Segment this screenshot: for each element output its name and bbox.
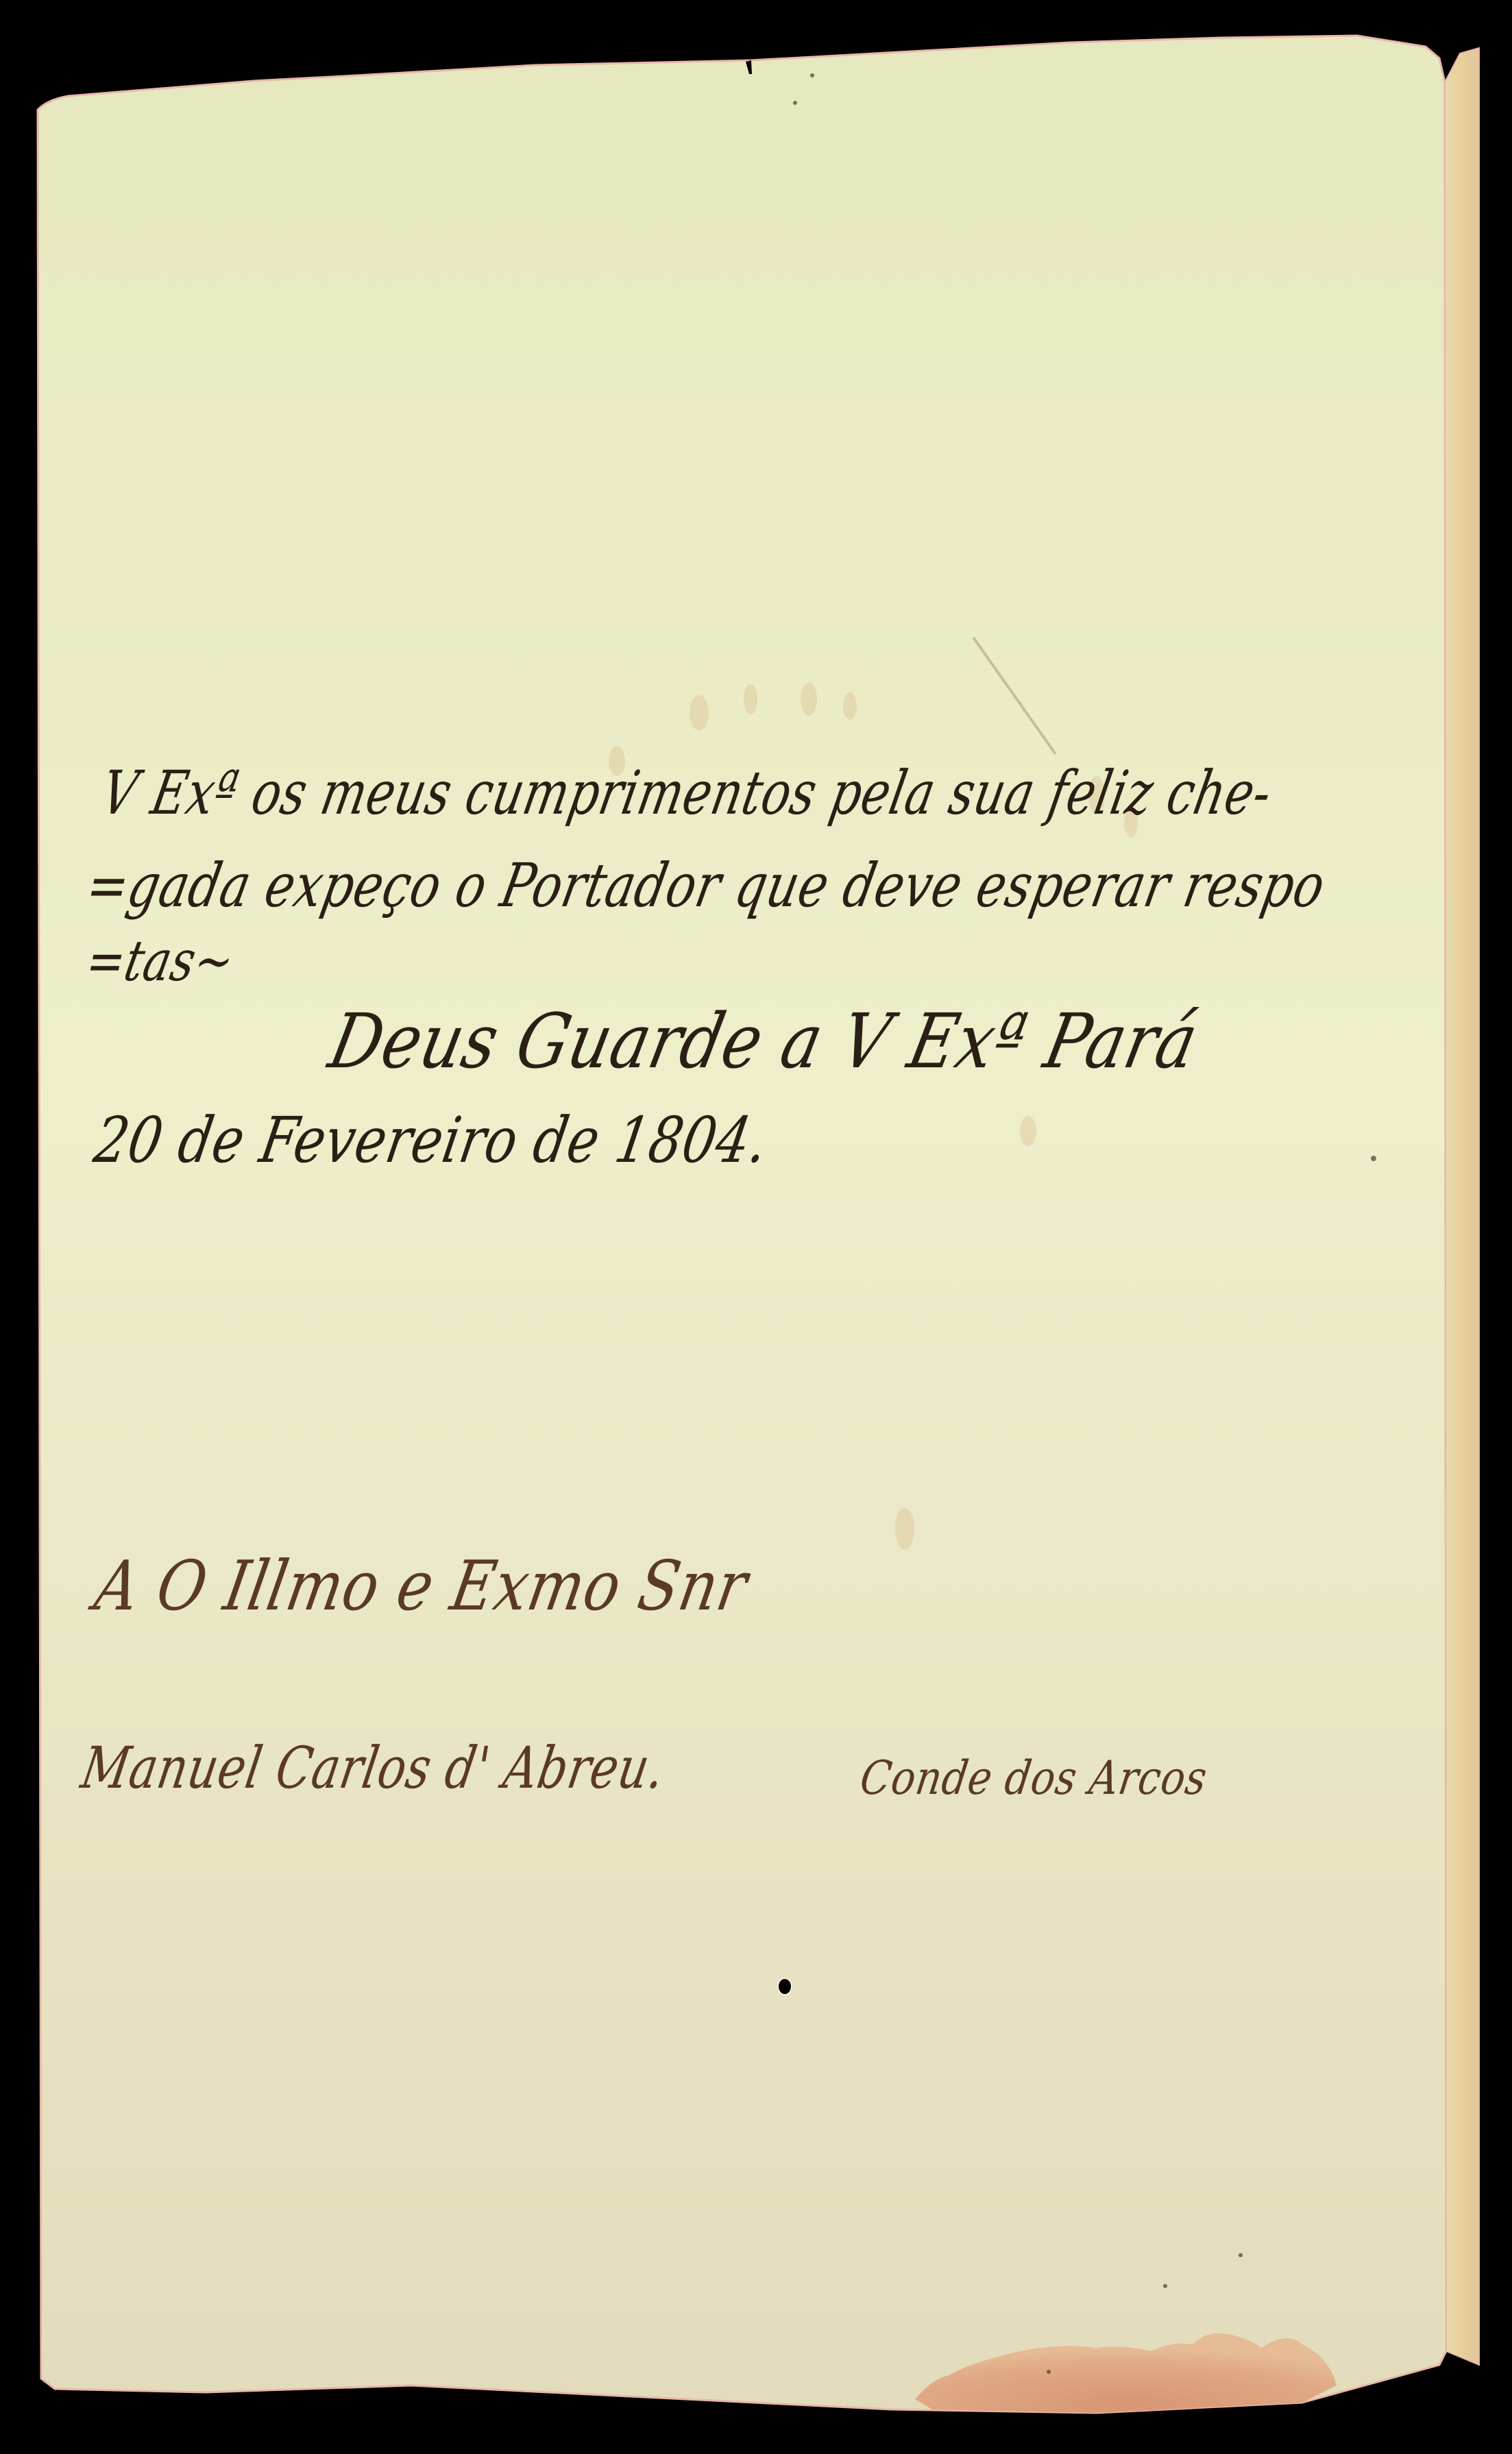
letter-line-2: =gada expeço o Portador que deve esperar… <box>81 850 1331 921</box>
paper-shape <box>0 0 1512 2454</box>
letter-line-1: V Exª os meus cumprimentos pela sua feli… <box>96 757 1278 828</box>
document-scan: V Exª os meus cumprimentos pela sua feli… <box>0 0 1512 2454</box>
date-line: 20 de Fevereiro de 1804. <box>89 1104 774 1177</box>
closing-line: Deus Guarde a V Exª Pará <box>322 997 1206 1085</box>
paper-sheet: V Exª os meus cumprimentos pela sua feli… <box>0 0 1512 2454</box>
addressee-name: Manuel Carlos d' Abreu. <box>77 1734 670 1801</box>
signature: Conde dos Arcos <box>857 1751 1210 1806</box>
letter-line-3: =tas~ <box>81 929 240 994</box>
addressee-salutation: A O Illmo e Exmo Snr <box>89 1546 754 1626</box>
hole-mark <box>778 1978 792 1995</box>
